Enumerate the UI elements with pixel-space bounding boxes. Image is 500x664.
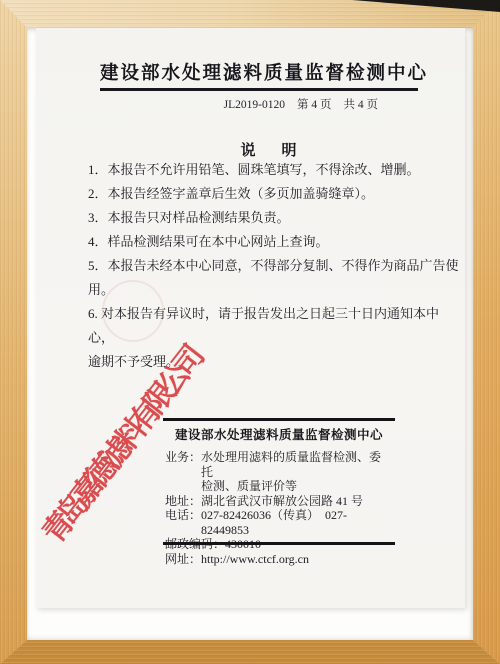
report-page: 建设部水处理滤料质量监督检测中心 JL2019-0120第 4 页共 4 页 说… xyxy=(36,28,465,608)
contact-label: 网址： xyxy=(165,552,201,567)
contact-box-top-rule xyxy=(163,418,395,421)
contact-value: http://www.ctcf.org.cn xyxy=(201,552,309,567)
report-number-line: JL2019-0120第 4 页共 4 页 xyxy=(224,96,378,112)
note-item-1: 1．本报告不允许用铅笔、圆珠笔填写，不得涂改、增删。 xyxy=(88,158,464,182)
note-item-4: 4．样品检测结果可在本中心网站上查询。 xyxy=(88,230,464,254)
report-number: JL2019-0120 xyxy=(224,99,285,111)
faint-round-seal xyxy=(102,280,164,342)
contact-label: 地址： xyxy=(165,494,201,509)
framed-document-photo: 建设部水处理滤料质量监督检测中心 JL2019-0120第 4 页共 4 页 说… xyxy=(0,0,500,664)
note-item-3: 3．本报告只对样品检测结果负责。 xyxy=(88,206,464,230)
title-underline xyxy=(100,88,418,91)
contact-row-phone: 电话： 027-82426036（传真） 027-82449853 xyxy=(163,508,395,537)
contact-row-address: 地址： 湖北省武汉市解放公园路 41 号 xyxy=(163,494,395,509)
note-item-2: 2．本报告经签字盖章后生效（多页加盖骑缝章）。 xyxy=(88,182,464,206)
contact-value: 湖北省武汉市解放公园路 41 号 xyxy=(201,494,363,509)
contact-value: 027-82426036（传真） 027-82449853 xyxy=(201,508,393,537)
page-total: 共 4 页 xyxy=(344,99,379,111)
notes-heading: 说明 xyxy=(72,139,465,160)
contact-row-website: 网址： http://www.ctcf.org.cn xyxy=(163,552,395,567)
notes-list: 1．本报告不允许用铅笔、圆珠笔填写，不得涂改、增删。 2．本报告经签字盖章后生效… xyxy=(88,158,464,374)
page-current: 第 4 页 xyxy=(297,99,332,111)
contact-label: 业务： xyxy=(165,450,201,494)
contact-value: 水处理用滤料的质量监督检测、委托 检测、质量评价等 xyxy=(201,450,393,494)
contact-box-bottom-rule xyxy=(163,542,395,545)
contact-box-title: 建设部水处理滤料质量监督检测中心 xyxy=(163,425,395,443)
contact-label: 电话： xyxy=(165,508,201,537)
page-title: 建设部水处理滤料质量监督检测中心 xyxy=(100,59,418,85)
contact-row-business: 业务： 水处理用滤料的质量监督检测、委托 检测、质量评价等 xyxy=(163,450,395,494)
